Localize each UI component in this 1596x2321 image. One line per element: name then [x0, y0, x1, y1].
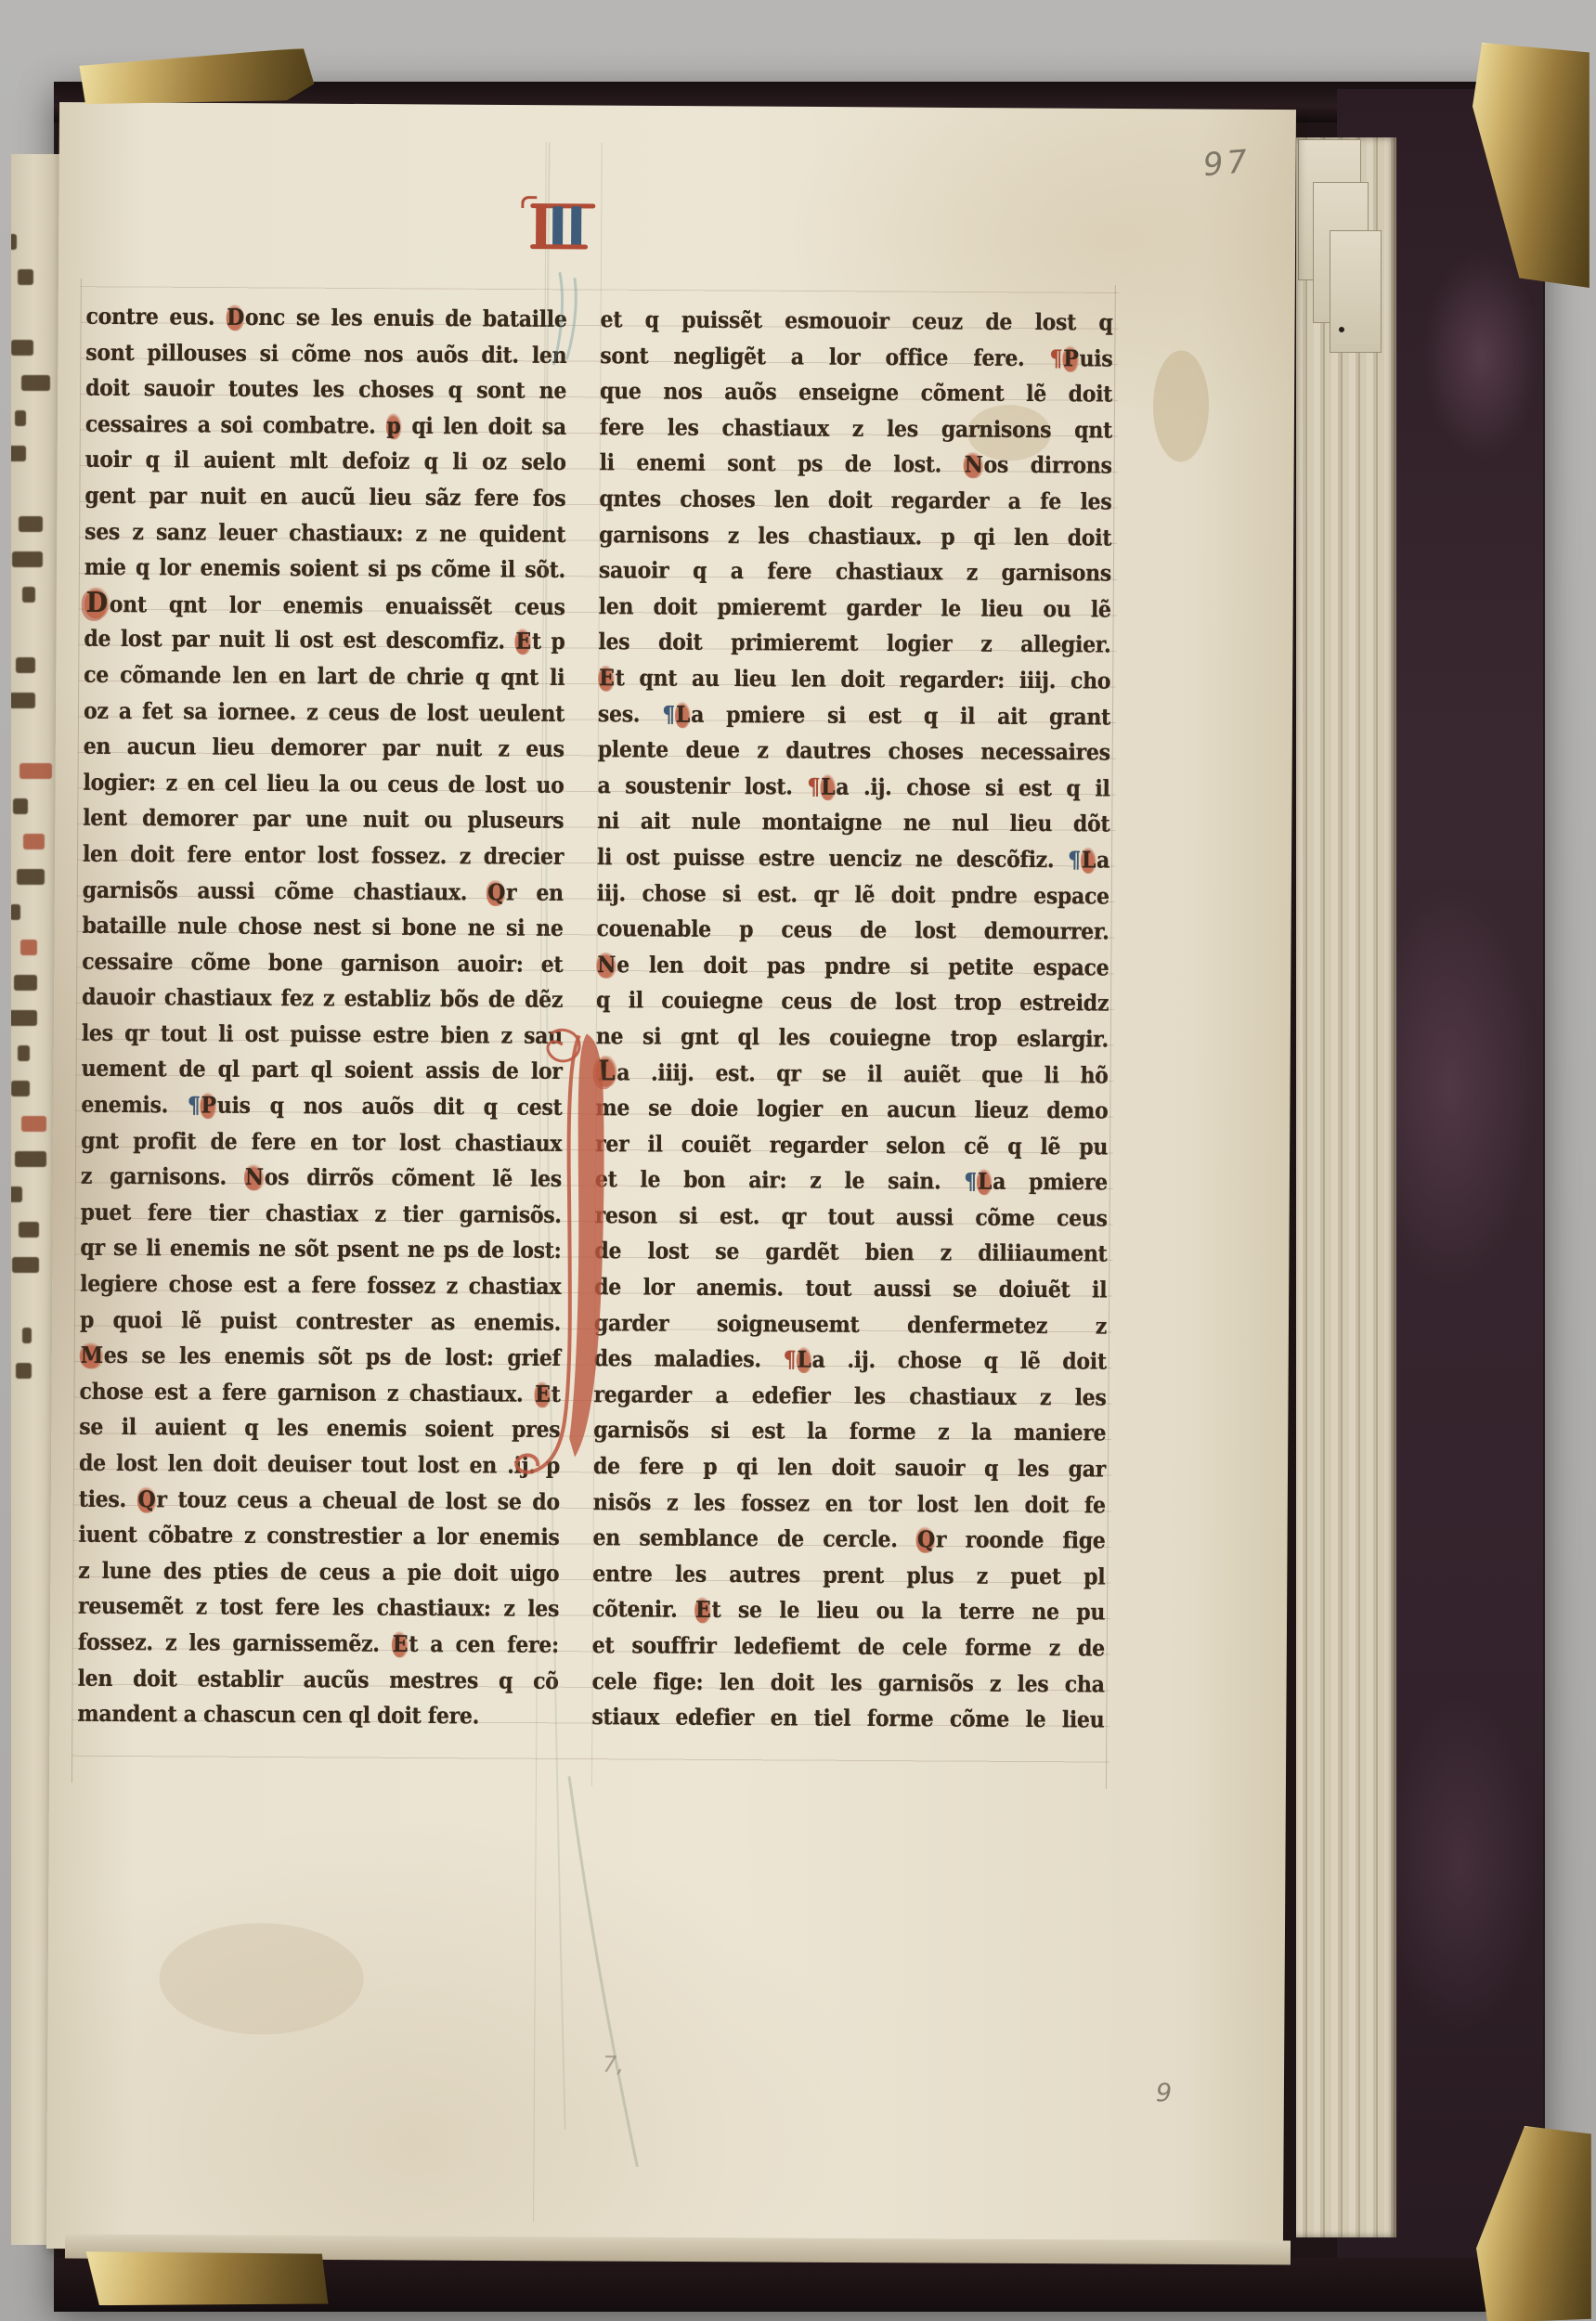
line-text: p quoi lẽ puist contrester as enemis. — [80, 1306, 561, 1336]
line-text: logier: z en cel lieu la ou ceus de lost… — [83, 769, 564, 798]
line-text: chose est a fere garnison z chastiaux. — [79, 1379, 534, 1408]
line-text: les doit primieremt logier z allegier. — [598, 629, 1110, 659]
rubricated-letter: P — [201, 1093, 217, 1120]
line-text: gnt profit de fere en tor lost chastiaux — [81, 1127, 562, 1157]
rubricated-letter: ¶ — [784, 1347, 797, 1374]
rubricated-letter: D — [226, 305, 245, 331]
rubricated-letter: P — [1062, 345, 1079, 372]
line-text: rer il couiẽt regarder selon cẽ q lẽ pu — [595, 1131, 1108, 1160]
line-text: sauoir q a fere chastiaux z garnisons — [599, 557, 1111, 587]
rubricated-letter: Q — [916, 1526, 936, 1553]
rubricated-letter: E — [392, 1631, 409, 1658]
line-text: enemis. — [81, 1092, 188, 1119]
rubricated-letter: p — [385, 413, 401, 440]
manuscript-photo: III contre eus. Donc se les enuis de bat… — [0, 0, 1596, 2321]
numeral-bar — [530, 244, 588, 249]
line-text: gent par nuit en aucũ lieu sãz fere fos — [84, 483, 565, 512]
line-text: reson si est. qr tout aussi cõme ceus — [595, 1202, 1108, 1232]
line-text: garnisons z les chastiaux. p qi len doit — [599, 522, 1111, 551]
text-line: mandent a chascun cen ql doit fere. — [77, 1694, 558, 1737]
rubricated-letter: ¶ — [662, 701, 675, 728]
rubricated-letter: E — [514, 629, 532, 655]
line-text: mandent a chascun cen ql doit fere. — [77, 1701, 479, 1730]
line-text: nisõs z les fossez en tor lost len doit … — [593, 1489, 1106, 1519]
line-text: et q puissẽt esmouoir ceuz de lost q — [600, 306, 1112, 336]
line-text: os dirrõs cõment lẽ les — [265, 1164, 562, 1193]
line-text: que nos auõs enseigne cõment lẽ doit — [600, 378, 1112, 408]
rubricated-letter: L — [1081, 847, 1096, 874]
folio-number-pencil: 97 — [1201, 143, 1252, 184]
line-text: dauoir chastiaux fez z establiz bõs de d… — [82, 984, 563, 1014]
cut-off-text-fragment — [23, 834, 45, 849]
line-text: qi len doit sa — [401, 413, 566, 441]
rubricated-letter: N — [596, 952, 616, 979]
line-text: plente deue z dautres choses necessaires — [598, 736, 1110, 766]
line-text: uement de ql part ql soient assis de lor — [82, 1056, 563, 1085]
line-text: es se les enemis sõt ps de lost: grief — [104, 1342, 561, 1372]
cut-off-text-fragment — [12, 1257, 39, 1273]
rubricated-letter: D — [84, 587, 110, 618]
line-text: puet fere tier chastiax z tier garnisõs. — [81, 1199, 562, 1229]
cut-off-text-fragment — [12, 551, 43, 567]
rubricated-letter: L — [796, 1347, 811, 1374]
line-text: et souffrir ledefiemt de cele forme z de — [592, 1632, 1105, 1662]
cut-off-text-fragment — [11, 446, 26, 461]
cut-off-text-fragment — [21, 375, 50, 391]
manuscript-page: III contre eus. Donc se les enuis de bat… — [46, 102, 1296, 2256]
cut-off-text-fragment — [11, 234, 17, 250]
rubricated-letter: L — [596, 1056, 617, 1087]
line-text: cõtenir. — [592, 1597, 694, 1624]
line-text: sont pillouses si cõme nos auõs dit. len — [85, 339, 566, 369]
rubricated-letter: M — [80, 1342, 104, 1369]
line-text: oz a fet sa iornee. z ceus de lost ueule… — [84, 697, 564, 727]
line-text: li enemi sont ps de lost. — [600, 450, 964, 479]
line-text: garder soigneusemt denfermetez z — [594, 1310, 1107, 1340]
rubricated-letter: E — [694, 1597, 712, 1624]
line-text: a .ij. chose q lẽ doit — [811, 1347, 1106, 1376]
rubricated-letter: L — [820, 773, 836, 800]
parchment-stain — [1153, 350, 1210, 461]
right-text-column: et q puissẽt esmouoir ceuz de lost qsont… — [591, 301, 1112, 1737]
chapter-numeral-iii: III — [530, 194, 606, 252]
line-text: des maladies. — [594, 1345, 784, 1373]
line-text: t se le lieu ou la terre ne pu — [711, 1597, 1105, 1626]
line-text: ni ait nule montaigne ne nul lieu dõt — [597, 808, 1109, 837]
line-text: q il couiegne ceus de lost trop estreidz — [596, 987, 1109, 1017]
line-text: uis — [1079, 345, 1112, 372]
rubricated-letter: L — [675, 701, 691, 728]
line-text: len doit establir aucũs mestres q cõ — [78, 1665, 559, 1694]
pencil-mark-bottom-right: 9 — [1156, 2079, 1172, 2107]
chapter-numeral-value: III — [530, 194, 531, 195]
cut-off-text-fragment — [15, 410, 26, 426]
page-edge-step — [1330, 230, 1382, 353]
line-text: li ost puisse estre uenciz ne descõfiz. — [597, 844, 1068, 874]
line-text: r roonde fige — [936, 1527, 1106, 1555]
numeral-stroke-red — [536, 206, 546, 247]
cut-off-text-fragment — [16, 657, 35, 673]
line-text: garnisõs si est la forme z la maniere — [593, 1418, 1106, 1447]
rubricated-letter: E — [598, 665, 616, 692]
line-text: uoir q il auient mlt defoiz q li oz selo — [85, 447, 566, 476]
line-text: z garnisons. — [81, 1163, 244, 1191]
line-text: ont qnt lor enemis enuaissẽt ceus — [110, 591, 565, 621]
rubricated-letter: L — [977, 1169, 993, 1196]
cut-off-text-fragment — [22, 587, 35, 603]
line-text: uis q nos auõs dit q cest — [217, 1093, 563, 1122]
cut-off-text-fragment — [14, 975, 37, 991]
cut-off-text-fragment — [11, 1186, 22, 1202]
line-text: len doit fere entor lost fossez. z dreci… — [83, 841, 564, 871]
line-text: de fere p qi len doit sauoir q les gar — [593, 1453, 1106, 1483]
rubricated-letter: ¶ — [1049, 345, 1062, 372]
line-text: e len doit pas pndre si petite espace — [616, 952, 1109, 981]
line-text: ses. — [598, 701, 662, 728]
line-text: en semblance de cercle. — [592, 1524, 916, 1553]
line-text: os dirrons — [983, 452, 1111, 479]
cut-off-text-fragment — [20, 940, 37, 955]
page-fore-edges — [1296, 137, 1396, 2237]
gold-clasp-bottom-left — [84, 2246, 329, 2311]
cut-off-text-fragment — [18, 1045, 30, 1061]
fore-edge-dot — [1339, 327, 1344, 332]
gold-clasp-top-left — [79, 47, 315, 109]
rubricated-letter: N — [964, 452, 984, 479]
line-text: a soustenir lost. — [597, 772, 807, 800]
line-text: legiere chose est a fere fossez z chasti… — [80, 1271, 561, 1301]
line-text: ses z sanz leuer chastiaux: z ne quident — [84, 518, 565, 548]
cut-off-text-fragment — [16, 1363, 32, 1379]
cut-off-text-fragment — [22, 1328, 32, 1343]
rubricated-letter: ¶ — [807, 773, 820, 800]
line-text: r touz ceus a cheual de lost se do — [156, 1486, 559, 1515]
cut-off-text-fragment — [11, 340, 33, 356]
cut-off-text-fragment — [18, 269, 33, 285]
line-text: les qr tout li ost puisse estre bien z s… — [82, 1020, 563, 1050]
line-text: ce cõmande len en lart de chrie q qnt li — [84, 662, 564, 692]
line-text: de lor anemis. tout aussi se doiuẽt il — [594, 1274, 1107, 1303]
line-text: t — [551, 1381, 561, 1408]
line-text: a pmiere — [993, 1169, 1108, 1196]
line-text: qr se li enemis ne sõt psent ne ps de lo… — [80, 1235, 561, 1264]
cut-off-text-fragment — [11, 1010, 37, 1026]
rubricated-letter: Q — [137, 1486, 157, 1513]
line-text: cessaire cõme bone garnison auoir: et — [82, 948, 563, 978]
left-text-column: contre eus. Donc se les enuis de bataill… — [77, 297, 566, 1733]
line-text: et le bon air: z le sain. — [595, 1166, 965, 1195]
rubricated-letter: Q — [487, 879, 506, 906]
line-text: de lost par nuit li ost est descomfiz. — [84, 626, 514, 655]
line-text: iij. chose si est. qr lẽ doit pndre espa… — [597, 880, 1109, 910]
line-text: cele fige: len doit les garnisõs z les c… — [592, 1668, 1105, 1698]
line-text: regarder a edefier les chastiaux z les — [593, 1381, 1106, 1411]
cut-off-text-fragment — [17, 869, 45, 885]
line-text: de lost len doit deuiser tout lost en .i… — [79, 1450, 560, 1480]
cut-off-text-fragment — [11, 1081, 30, 1096]
rubricated-letter: ¶ — [964, 1169, 977, 1196]
line-text: fossez. z les garnissemẽz. — [78, 1629, 392, 1658]
line-text: contre eus. — [86, 304, 227, 331]
line-text: a .ij. chose si est q il — [836, 773, 1109, 801]
cut-off-text-fragment — [11, 904, 20, 920]
line-text: z lune des pties de ceus a pie doit uigo — [78, 1558, 559, 1588]
line-text: de lost se gardẽt bien z diliiaument — [594, 1238, 1107, 1268]
line-text: me se doie logier en aucun lieuz demo — [595, 1095, 1108, 1124]
line-text: a — [1096, 847, 1109, 874]
rubricated-letter: ¶ — [188, 1093, 201, 1120]
text-line: stiaux edefier en tiel forme cõme le lie… — [591, 1698, 1104, 1741]
cut-off-text-fragment — [15, 1151, 46, 1167]
cut-off-text-fragment — [19, 763, 52, 779]
line-text: t qnt au lieu len doit regarder: iiij. c… — [616, 665, 1111, 694]
line-text: a .iiij. est. qr se il auiẽt que li hõ — [616, 1060, 1108, 1090]
line-text: ties. — [79, 1485, 137, 1512]
line-text: se il auient q les enemis soient pres — [79, 1414, 560, 1444]
line-text: lent demorer par une nuit ou pluseurs — [83, 805, 564, 835]
line-text: stiaux edefier en tiel forme cõme le lie… — [591, 1704, 1104, 1733]
line-text: mie q lor enemis soient si ps cõme il sõ… — [84, 554, 565, 584]
line-text: bataille nule chose nest si bone ne si n… — [82, 913, 563, 942]
line-text: doit sauoir toutes les choses q sont ne — [85, 375, 566, 405]
line-text: en aucun lieu demorer par nuit z eus — [84, 733, 564, 763]
cut-off-text-fragment — [19, 1222, 39, 1238]
line-text: cessaires a soi combatre. — [85, 411, 386, 440]
line-text: ne si gnt ql les couiegne trop eslargir. — [596, 1023, 1109, 1053]
cut-off-text-fragment — [13, 798, 28, 814]
line-text: t a cen fere: — [409, 1631, 559, 1659]
line-text: fere les chastiaux z les garnisons qnt — [600, 414, 1112, 444]
line-text: couenable p ceus de lost demourrer. — [596, 915, 1109, 945]
numeral-stroke-blue — [552, 206, 563, 247]
line-text: t p — [532, 629, 565, 655]
line-text: garnisõs aussi cõme chastiaux. — [83, 876, 487, 905]
numeral-stroke-blue — [571, 206, 581, 247]
line-text: len doit pmieremt garder le lieu ou lẽ — [599, 593, 1111, 623]
cut-off-text-fragment — [21, 1116, 46, 1132]
line-text: qntes choses len doit regarder a fe les — [599, 486, 1111, 515]
line-text: sont negligẽt a lor office fere. — [600, 343, 1049, 372]
rubricated-letter: ¶ — [1068, 847, 1081, 874]
rubricated-letter: E — [534, 1381, 551, 1408]
cut-off-text-fragment — [19, 516, 43, 532]
line-text: entre les autres prent plus z puet pl — [592, 1561, 1105, 1590]
line-text: r en — [506, 879, 564, 906]
line-text: reusemẽt z tost fere les chastiaux: z le… — [78, 1593, 559, 1623]
cut-off-text-fragment — [11, 693, 35, 708]
line-text: a pmiere si est q il ait grant — [691, 701, 1110, 730]
pencil-mark-bottom-left: 7, — [603, 2052, 624, 2078]
parchment-stain — [159, 1923, 364, 2035]
line-text: onc se les enuis de bataille — [245, 305, 567, 333]
line-text: iuent cõbatre z constrestier a lor enemi… — [78, 1522, 559, 1551]
rubricated-letter: N — [244, 1164, 265, 1191]
